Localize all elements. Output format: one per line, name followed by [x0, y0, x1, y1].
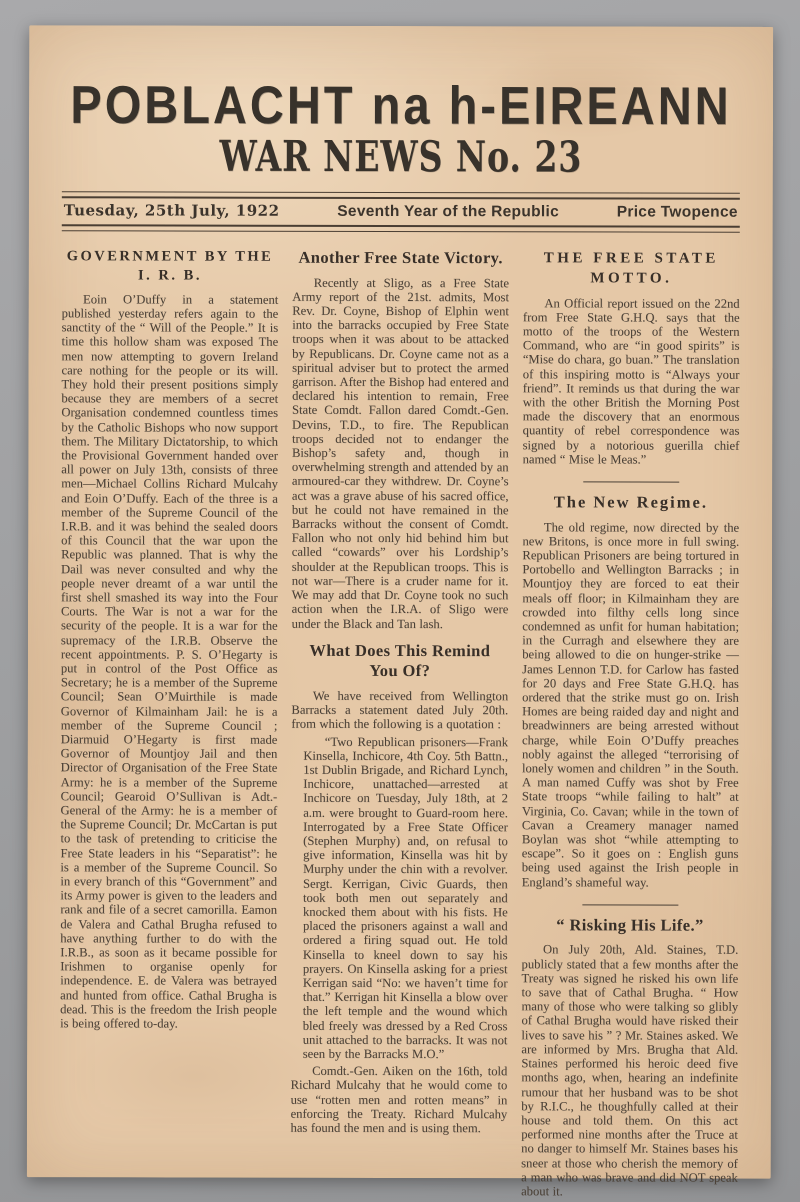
- article-paragraph: An Official report issued on the 22nd fr…: [523, 296, 740, 467]
- article-heading: THE FREE STATEMOTTO.: [525, 248, 738, 289]
- masthead: POBLACHT na h-EIREANN WAR NEWS No. 23: [62, 77, 740, 178]
- issue-year-of-republic: Seventh Year of the Republic: [337, 203, 559, 221]
- article-heading: The New Regime.: [525, 492, 738, 513]
- article-paragraph: “Two Republican prisoners—Frank Kinsella…: [291, 734, 508, 1061]
- column-3: THE FREE STATEMOTTO.An Official report i…: [521, 238, 740, 1202]
- issue-price: Price Twopence: [617, 203, 738, 221]
- newspaper-page: POBLACHT na h-EIREANN WAR NEWS No. 23 Tu…: [27, 25, 773, 1179]
- columns: GOVERNMENT BY THEI. R. B.Eoin O’Duffy in…: [60, 237, 740, 1202]
- newspaper-subtitle: WAR NEWS No. 23: [89, 132, 713, 183]
- section-divider: [582, 904, 678, 905]
- article-heading: What Does This RemindYou Of?: [293, 640, 506, 682]
- column-1: GOVERNMENT BY THEI. R. B.Eoin O’Duffy in…: [60, 237, 279, 1201]
- article-paragraph: Comdt.-Gen. Aiken on the 16th, told Rich…: [291, 1064, 508, 1135]
- newspaper-title: POBLACHT na h-EIREANN: [55, 73, 747, 137]
- article-paragraph: We have received from Wellington Barrack…: [291, 689, 508, 732]
- photo-background: POBLACHT na h-EIREANN WAR NEWS No. 23 Tu…: [0, 0, 800, 1202]
- dateline: Tuesday, 25th July, 1922 Seventh Year of…: [62, 198, 740, 225]
- article-heading: GOVERNMENT BY THEI. R. B.: [64, 247, 277, 285]
- article-paragraph: On July 20th, Ald. Staines, T.D. publicl…: [521, 943, 738, 1199]
- article-heading: Another Free State Victory.: [294, 248, 507, 269]
- issue-date: Tuesday, 25th July, 1922: [64, 201, 280, 219]
- article-paragraph: The old regime, now directed by the new …: [522, 520, 739, 890]
- section-divider: [583, 481, 679, 482]
- article-paragraph: Eoin O’Duffy in a statement published ye…: [60, 292, 278, 1031]
- column-2: Another Free State Victory.Recently at S…: [290, 238, 509, 1202]
- article-heading: “ Risking His Life.”: [524, 915, 737, 936]
- masthead-rule-bottom: [62, 224, 740, 232]
- article-paragraph: Recently at Sligo, as a Free State Army …: [292, 275, 509, 631]
